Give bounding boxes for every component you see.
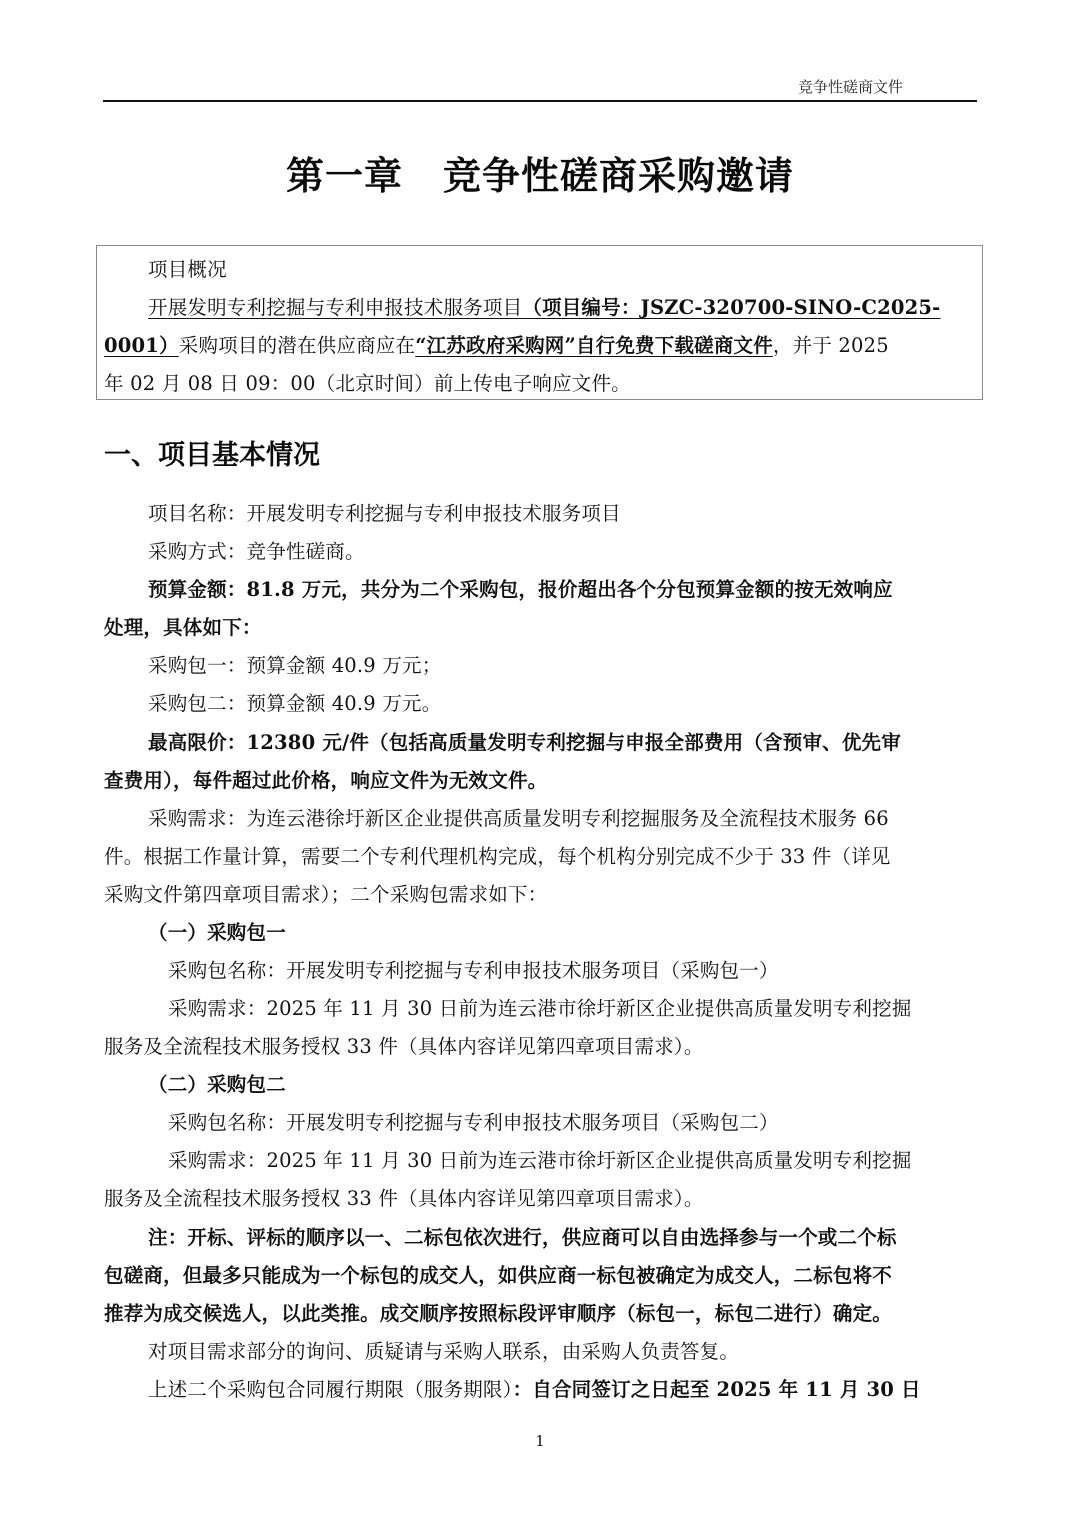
header-rule [103, 100, 977, 102]
package2-req-line-2: 服务及全流程技术服务授权 33 件（具体内容详见第四章项目需求）。 [104, 1180, 704, 1218]
max-price-line-2: 查费用），每件超过此价格，响应文件为无效文件。 [104, 762, 547, 800]
contract-period-value: ：自合同签订之日起至 2025 年 11 月 30 日 [513, 1378, 921, 1401]
contract-period-line: 上述二个采购包合同履行期限（服务期限）：自合同签订之日起至 2025 年 11 … [148, 1371, 921, 1409]
note-line-3: 推荐为成交候选人，以此类推。成交顺序按照标段评审顺序（标包一，标包二进行）确定。 [104, 1295, 892, 1333]
package1-req-line-1: 采购需求：2025 年 11 月 30 日前为连云港市徐圩新区企业提供高质量发明… [168, 990, 912, 1028]
requirement-line-2: 件。根据工作量计算，需要二个专利代理机构完成，每个机构分别完成不少于 33 件（… [104, 838, 891, 876]
overview-line-3: 年 02 月 08 日 09：00（北京时间）前上传电子响应文件。 [104, 365, 631, 403]
running-header-title: 竞争性磋商文件 [798, 76, 977, 97]
requirement-line-3: 采购文件第四章项目需求）；二个采购包需求如下： [104, 876, 547, 914]
max-price-line-1: 最高限价：12380 元/件（包括高质量发明专利挖掘与申报全部费用（含预审、优先… [148, 724, 901, 762]
package2-budget: 采购包二：预算金额 40.9 万元。 [148, 685, 441, 723]
chapter-number: 第一章 [286, 154, 403, 198]
package2-name: 采购包名称：开展发明专利挖掘与专利申报技术服务项目（采购包二） [168, 1104, 779, 1142]
note-line-1: 注：开标、评标的顺序以一、二标包依次进行，供应商可以自由选择参与一个或二个标 [148, 1219, 897, 1257]
overview-line-1: 开展发明专利挖掘与专利申报技术服务项目（项目编号：JSZC-320700-SIN… [148, 289, 940, 327]
document-page: 竞争性磋商文件 第一章竞争性磋商采购邀请 项目概况 开展发明专利挖掘与专利申报技… [0, 0, 1080, 1527]
package1-heading: （一）采购包一 [148, 914, 286, 952]
package2-req-line-1: 采购需求：2025 年 11 月 30 日前为连云港市徐圩新区企业提供高质量发明… [168, 1142, 912, 1180]
running-header: 竞争性磋商文件 [103, 76, 977, 97]
budget-line-2: 处理，具体如下： [104, 609, 262, 647]
download-instruction: “江苏政府采购网”自行免费下载磋商文件 [415, 334, 773, 357]
budget-line-1: 预算金额：81.8 万元，共分为二个采购包，报价超出各个分包预算金额的按无效响应 [148, 571, 893, 609]
project-number: （项目编号：JSZC-320700-SINO-C2025- [522, 296, 940, 319]
overview-line-2: 0001）采购项目的潜在供应商应在“江苏政府采购网”自行免费下载磋商文件，并于 … [104, 327, 889, 365]
package1-budget: 采购包一：预算金额 40.9 万元； [148, 647, 441, 685]
note-line-2: 包磋商，但最多只能成为一个标包的成交人，如供应商一标包被确定为成交人，二标包将不 [104, 1257, 892, 1295]
project-name: 项目名称：开展发明专利挖掘与专利申报技术服务项目 [148, 495, 621, 533]
page-number: 1 [0, 1432, 1080, 1450]
overview-heading: 项目概况 [148, 251, 227, 289]
requirement-line-1: 采购需求：为连云港徐圩新区企业提供高质量发明专利挖掘服务及全流程技术服务 66 [148, 800, 889, 838]
procurement-method: 采购方式：竞争性磋商。 [148, 533, 365, 571]
project-title-underlined: 开展发明专利挖掘与专利申报技术服务项目 [148, 296, 522, 319]
package2-heading: （二）采购包二 [148, 1066, 286, 1104]
overview-text-tail: ，并于 2025 [773, 334, 889, 357]
contract-period-label: 上述二个采购包合同履行期限（服务期限） [148, 1378, 513, 1401]
inquiry-line: 对项目需求部分的询问、质疑请与采购人联系，由采购人负责答复。 [148, 1333, 739, 1371]
chapter-title: 第一章竞争性磋商采购邀请 [0, 145, 1080, 200]
project-number-end: 0001） [104, 334, 179, 357]
package1-req-line-2: 服务及全流程技术服务授权 33 件（具体内容详见第四章项目需求）。 [104, 1028, 704, 1066]
section-heading: 一、项目基本情况 [104, 433, 320, 472]
package1-name: 采购包名称：开展发明专利挖掘与专利申报技术服务项目（采购包一） [168, 952, 779, 990]
chapter-name: 竞争性磋商采购邀请 [443, 154, 794, 198]
overview-text: 采购项目的潜在供应商应在 [179, 334, 415, 357]
